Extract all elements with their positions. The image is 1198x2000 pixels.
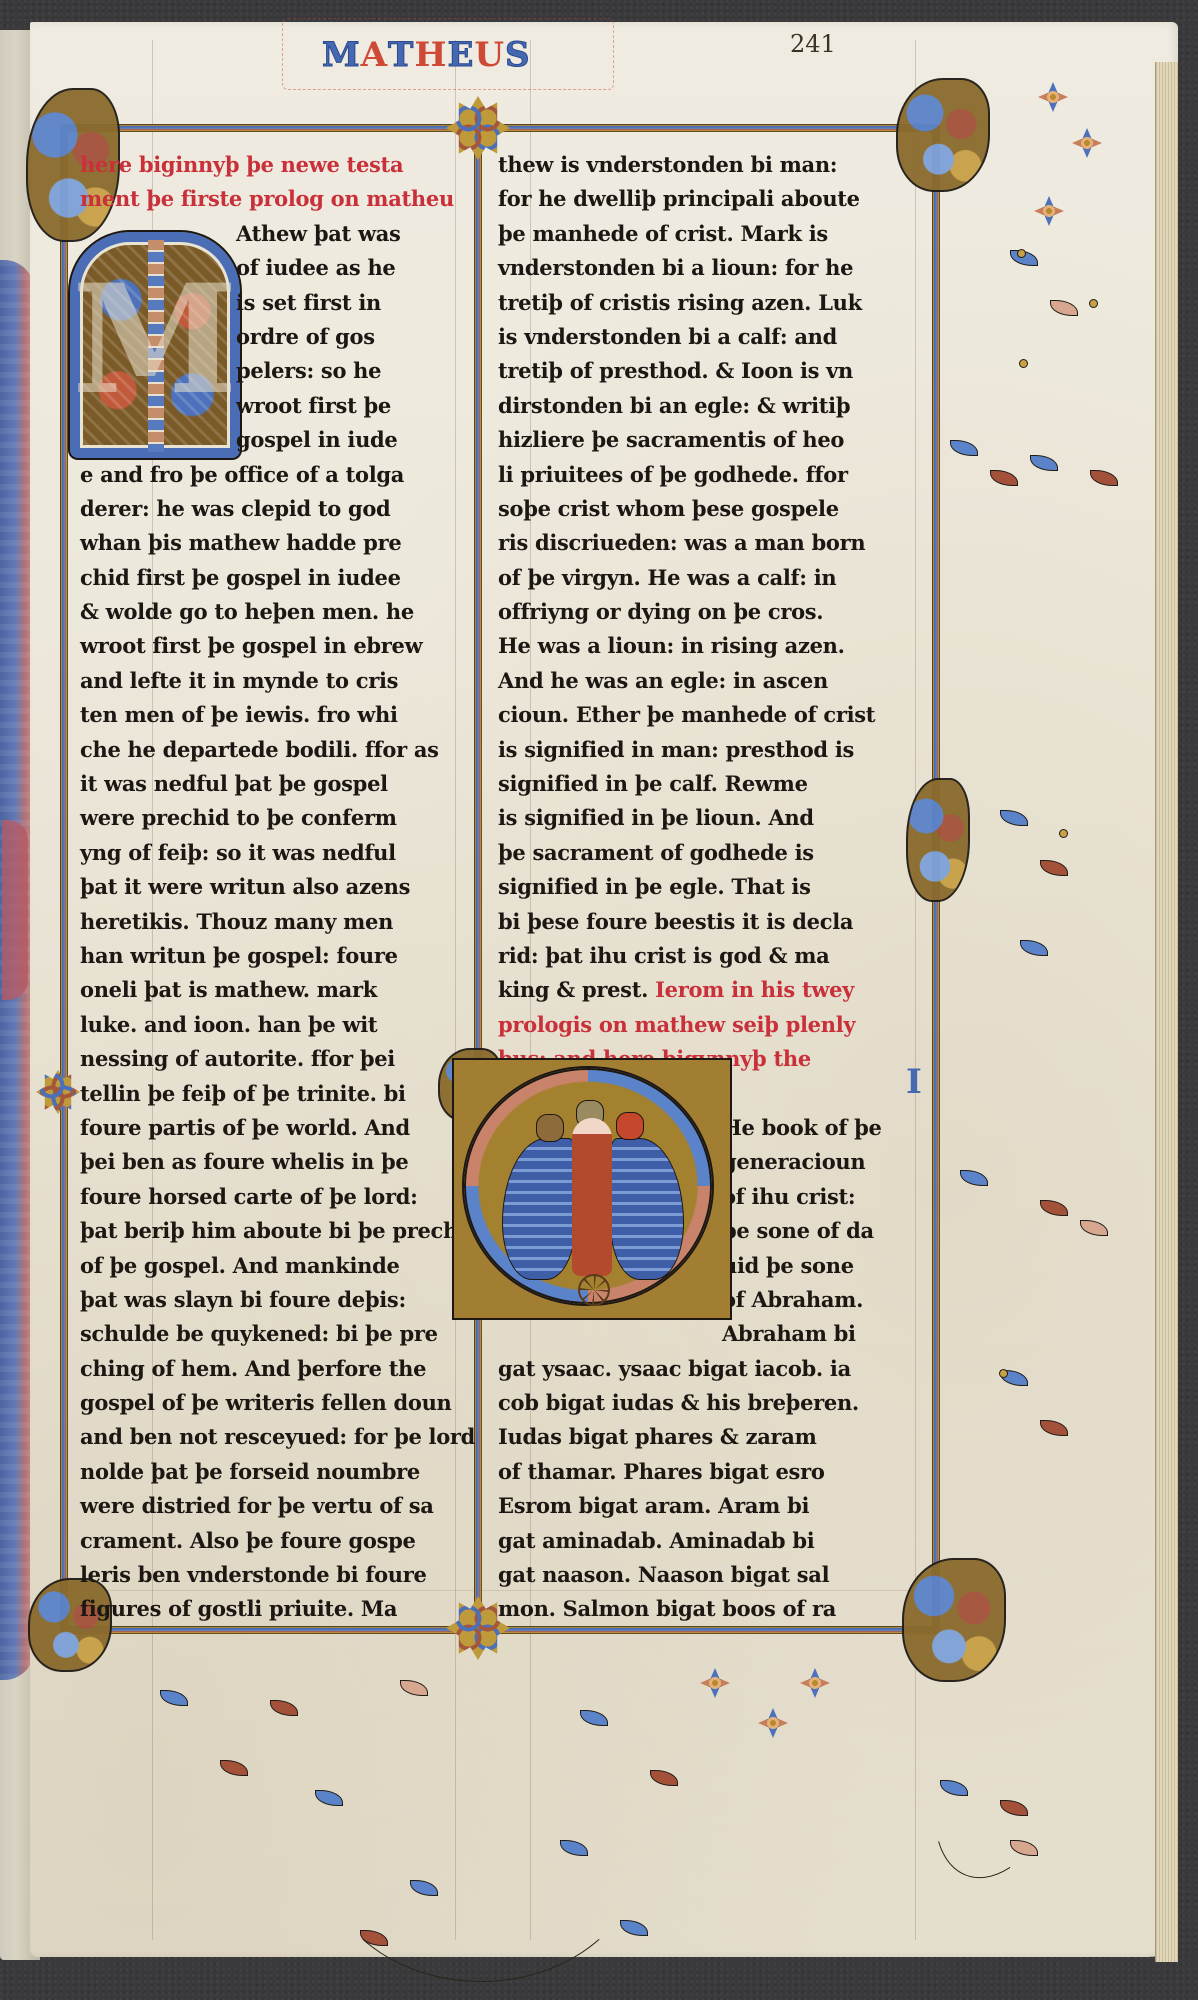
gospel-line: of thamar. Phares bigat esro <box>498 1455 928 1489</box>
text-line: yng of feiþ: so it was nedful <box>80 836 442 870</box>
left-column-text: here biginnyþ þe newe testa ment þe firs… <box>80 148 442 1627</box>
text-line: hizliere þe sacramentis of heo <box>498 423 928 457</box>
gospel-line: gat aminadab. Aminadab bi <box>498 1524 928 1558</box>
text-line: rid: þat ihu crist is god & ma <box>498 939 928 973</box>
running-title: M A T H E U S <box>322 34 531 76</box>
text-line: of þe virgyn. He was a calf: in <box>498 561 928 595</box>
text-line: þat beriþ him aboute bi þe prechig <box>80 1214 442 1248</box>
text-line: is signified in man: presthod is <box>498 733 928 767</box>
text-line: & wolde go to heþen men. he <box>80 595 442 629</box>
text-line-with-rubric: king & prest. Ierom in his twey <box>498 973 928 1007</box>
text-line: foure horsed carte of þe lord: <box>80 1180 442 1214</box>
text-line: nessing of autorite. ffor þei <box>80 1042 442 1076</box>
text-line: and lefte it in mynde to cris <box>80 664 442 698</box>
text-line: for he dwelliþ principali aboute <box>498 182 928 216</box>
text-line: tretiþ of presthod. & Ioon is vn <box>498 354 928 388</box>
gold-dot <box>1090 300 1097 307</box>
text-line: thew is vnderstonden bi man: <box>498 148 928 182</box>
rubric-line: here biginnyþ þe newe testa <box>80 148 442 182</box>
text-line: oneli þat is mathew. mark <box>80 973 442 1007</box>
text-line: And he was an egle: in ascen <box>498 664 928 698</box>
ox-head <box>616 1112 644 1140</box>
gospel-line: Esrom bigat aram. Aram bi <box>498 1489 928 1523</box>
text-line: wroot first þe gospel in ebrew <box>80 629 442 663</box>
text-line: figures of gostli priuite. Ma <box>80 1592 442 1626</box>
text-line: ten men of þe iewis. fro whi <box>80 698 442 732</box>
pen-flourish <box>282 18 614 90</box>
text-line: han writun þe gospel: foure <box>80 939 442 973</box>
wheel <box>578 1274 610 1306</box>
text-line: derer: he was clepid to god <box>80 492 442 526</box>
text-line: gospel of þe writeris fellen doun <box>80 1386 442 1420</box>
text-line: signified in þe calf. Rewme <box>498 767 928 801</box>
text-line: of iudee as he <box>80 251 442 285</box>
text-line: þat it were writun also azens <box>80 870 442 904</box>
text-line: þei ben as foure whelis in þe <box>80 1145 442 1179</box>
text-line: signified in þe egle. That is <box>498 870 928 904</box>
text-line: of þe gospel. And mankinde <box>80 1249 442 1283</box>
gospel-line: gat ysaac. ysaac bigat iacob. ia <box>498 1352 928 1386</box>
text-line: ching of hem. And þerfore the <box>80 1352 442 1386</box>
right-column-text: thew is vnderstonden bi man: for he dwel… <box>498 148 928 1627</box>
text-line: Athew þat was <box>80 217 442 251</box>
text-line: were distried for þe vertu of sa <box>80 1489 442 1523</box>
text-line: tellin þe feiþ of þe trinite. bi <box>80 1077 442 1111</box>
text-line: offriyng or dying on þe cros. <box>498 595 928 629</box>
text-line: þe manhede of crist. Mark is <box>498 217 928 251</box>
text-line: is set first in <box>80 286 442 320</box>
text-line: heretikis. Thouz many men <box>80 905 442 939</box>
text-line: soþe crist whom þese gospele <box>498 492 928 526</box>
text-line: pelers: so he <box>80 354 442 388</box>
gospel-line: Iudas bigat phares & zaram <box>498 1420 928 1454</box>
text-line: whan þis mathew hadde pre <box>80 526 442 560</box>
folio-number: 241 <box>790 30 836 58</box>
border-bar-left <box>60 124 68 1634</box>
text-line: is signified in þe lioun. And <box>498 801 928 835</box>
fore-edge <box>1155 62 1178 1962</box>
historiated-initial <box>452 1058 732 1320</box>
text-line: is vnderstonden bi a calf: and <box>498 320 928 354</box>
gospel-line: Abraham bi <box>498 1317 928 1351</box>
text-line: it was nedful þat þe gospel <box>80 767 442 801</box>
rubric-line: prologis on mathew seiþ plenly <box>498 1008 928 1042</box>
text-line: che he departede bodili. ffor as <box>80 733 442 767</box>
rubric-inline: Ierom in his twey <box>655 977 854 1002</box>
text-line: nolde þat þe forseid noumbre <box>80 1455 442 1489</box>
tendril-ornament <box>320 1720 642 1982</box>
text-line: þe sacrament of godhede is <box>498 836 928 870</box>
text-line: gospel in iude <box>80 423 442 457</box>
gospel-line: gat naason. Naason bigat sal <box>498 1558 928 1592</box>
gold-dot <box>1000 1370 1007 1377</box>
text-line: luke. and ioon. han þe wit <box>80 1008 442 1042</box>
text-line: leris ben vnderstonde bi foure <box>80 1558 442 1592</box>
text-line: bi þese foure beestis it is decla <box>498 905 928 939</box>
border-bar-center <box>474 124 482 1634</box>
text-line: ordre of gos <box>80 320 442 354</box>
text-line: cioun. Ether þe manhede of crist <box>498 698 928 732</box>
ruling-line <box>455 40 456 1940</box>
text-line: wroot first þe <box>80 389 442 423</box>
text-line: king & prest. <box>498 977 648 1002</box>
gold-dot <box>1018 250 1025 257</box>
text-line: He was a lioun: in rising azen. <box>498 629 928 663</box>
text-line: chid first þe gospel in iudee <box>80 561 442 595</box>
text-line: vnderstonden bi a lioun: for he <box>498 251 928 285</box>
text-line: were prechid to þe conferm <box>80 801 442 835</box>
gold-dot <box>1060 830 1067 837</box>
previous-page-illumination <box>0 260 34 1680</box>
text-line: ris discriueden: was a man born <box>498 526 928 560</box>
gospel-line: cob bigat iudas & his breþeren. <box>498 1386 928 1420</box>
gold-dot <box>1020 360 1027 367</box>
text-line: crament. Also þe foure gospe <box>80 1524 442 1558</box>
text-line: þat was slayn bi foure deþis: <box>80 1283 442 1317</box>
text-line: and ben not resceyued: for þe lord <box>80 1420 442 1454</box>
text-line: dirstonden bi an egle: & writiþ <box>498 389 928 423</box>
text-line: foure partis of þe world. And <box>80 1111 442 1145</box>
text-line: e and fro þe office of a tolga <box>80 458 442 492</box>
text-line: tretiþ of cristis rising azen. Luk <box>498 286 928 320</box>
text-line: schulde be quykened: bi þe pre <box>80 1317 442 1351</box>
tetramorph-figure <box>572 1118 612 1276</box>
paragraph-initial-i: I <box>906 1062 922 1102</box>
text-line: li priuitees of þe godhede. ffor <box>498 458 928 492</box>
rubric-line: ment þe firste prolog on matheu <box>80 182 442 216</box>
gospel-line: mon. Salmon bigat boos of ra <box>498 1592 928 1626</box>
lion-head <box>536 1114 564 1142</box>
